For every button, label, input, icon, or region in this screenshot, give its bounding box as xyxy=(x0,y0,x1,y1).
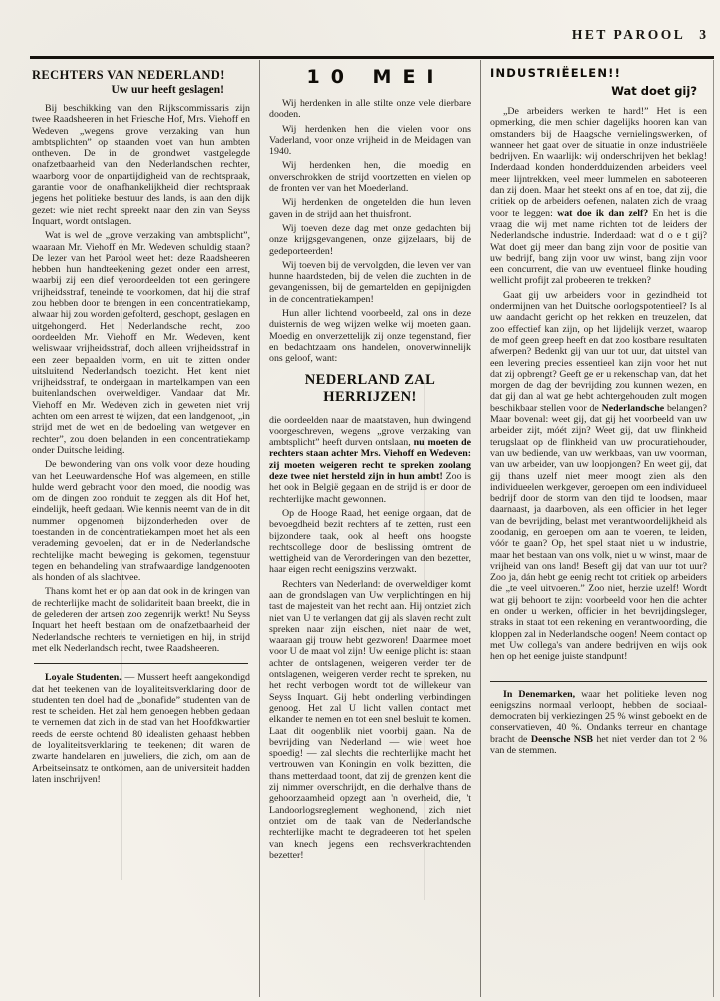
paragraph: Op de Hooge Raad, het eenige orgaan, dat… xyxy=(269,508,471,576)
article-body-industrieelen: „De arbeiders werken te hard!” Het is ee… xyxy=(490,106,707,663)
paragraph: Rechters van Nederland: de overweldiger … xyxy=(269,579,471,861)
paragraph: die oordeelden naar de maatstaven, hun d… xyxy=(269,415,471,505)
paragraph: Gaat gij uw arbeiders voor in gezindheid… xyxy=(490,290,707,663)
paragraph: Thans komt het er op aan dat ook in de k… xyxy=(32,586,250,654)
paragraph: Wij herdenken de ongetelden die hun leve… xyxy=(269,197,471,220)
article-body-loyale-studenten: Loyale Studenten. — Mussert heeft aangek… xyxy=(32,672,250,785)
masthead-rule xyxy=(30,56,714,59)
article-title-10-mei: 10 MEI xyxy=(269,66,471,88)
column-right: INDUSTRIËELEN!! Wat doet gij? „De arbeid… xyxy=(480,60,714,997)
paragraph: Wij toeven deze dag met onze gedachten b… xyxy=(269,223,471,257)
paragraph: „De arbeiders werken te hard!” Het is ee… xyxy=(490,106,707,287)
page-number: 3 xyxy=(699,27,706,42)
article-title-industrieelen: INDUSTRIËELEN!! xyxy=(490,66,707,80)
section-divider xyxy=(34,663,248,664)
article-body-rechters: Bij beschikking van den Rijkscommissaris… xyxy=(32,103,250,654)
paragraph: Wij herdenken hen die vielen voor ons Va… xyxy=(269,124,471,158)
paragraph: Wij toeven bij de vervolgden, die leven … xyxy=(269,260,471,305)
denmark-news-box: In Denemarken, waar het politieke leven … xyxy=(490,681,707,757)
article-body-continuation: die oordeelden naar de maatstaven, hun d… xyxy=(269,415,471,862)
article-subtitle-rechters: Uw uur heeft geslagen! xyxy=(32,84,250,96)
article-body-10-mei: Wij herdenken in alle stilte onze vele d… xyxy=(269,98,471,365)
newspaper-page: HET PAROOL3 RECHTERS VAN NEDERLAND! Uw u… xyxy=(0,0,720,1001)
paragraph: Wat is wel de „grove verzaking van ambts… xyxy=(32,230,250,456)
denmark-news-text: In Denemarken, waar het politieke leven … xyxy=(490,689,707,757)
paragraph: Loyale Studenten. — Mussert heeft aangek… xyxy=(32,672,250,785)
paragraph: In Denemarken, waar het politieke leven … xyxy=(490,689,707,757)
paragraph: De bewondering van ons volk voor deze ho… xyxy=(32,459,250,583)
column-middle: 10 MEI Wij herdenken in alle stilte onze… xyxy=(259,60,480,997)
paragraph: Hun aller lichtend voorbeeld, zal ons in… xyxy=(269,308,471,364)
article-subtitle-industrieelen: Wat doet gij? xyxy=(490,84,707,98)
article-title-rechters: RECHTERS VAN NEDERLAND! xyxy=(32,68,250,83)
columns: RECHTERS VAN NEDERLAND! Uw uur heeft ges… xyxy=(30,60,714,997)
paragraph: Wij herdenken in alle stilte onze vele d… xyxy=(269,98,471,121)
masthead-title: HET PAROOL xyxy=(572,27,685,42)
paragraph: Wij herdenken hen, die moedig en onversc… xyxy=(269,160,471,194)
slogan-nederland-zal-herrijzen: NEDERLAND ZAL HERRIJZEN! xyxy=(269,372,471,406)
masthead: HET PAROOL3 xyxy=(572,27,706,43)
paragraph: Bij beschikking van den Rijkscommissaris… xyxy=(32,103,250,227)
column-left: RECHTERS VAN NEDERLAND! Uw uur heeft ges… xyxy=(30,60,259,997)
